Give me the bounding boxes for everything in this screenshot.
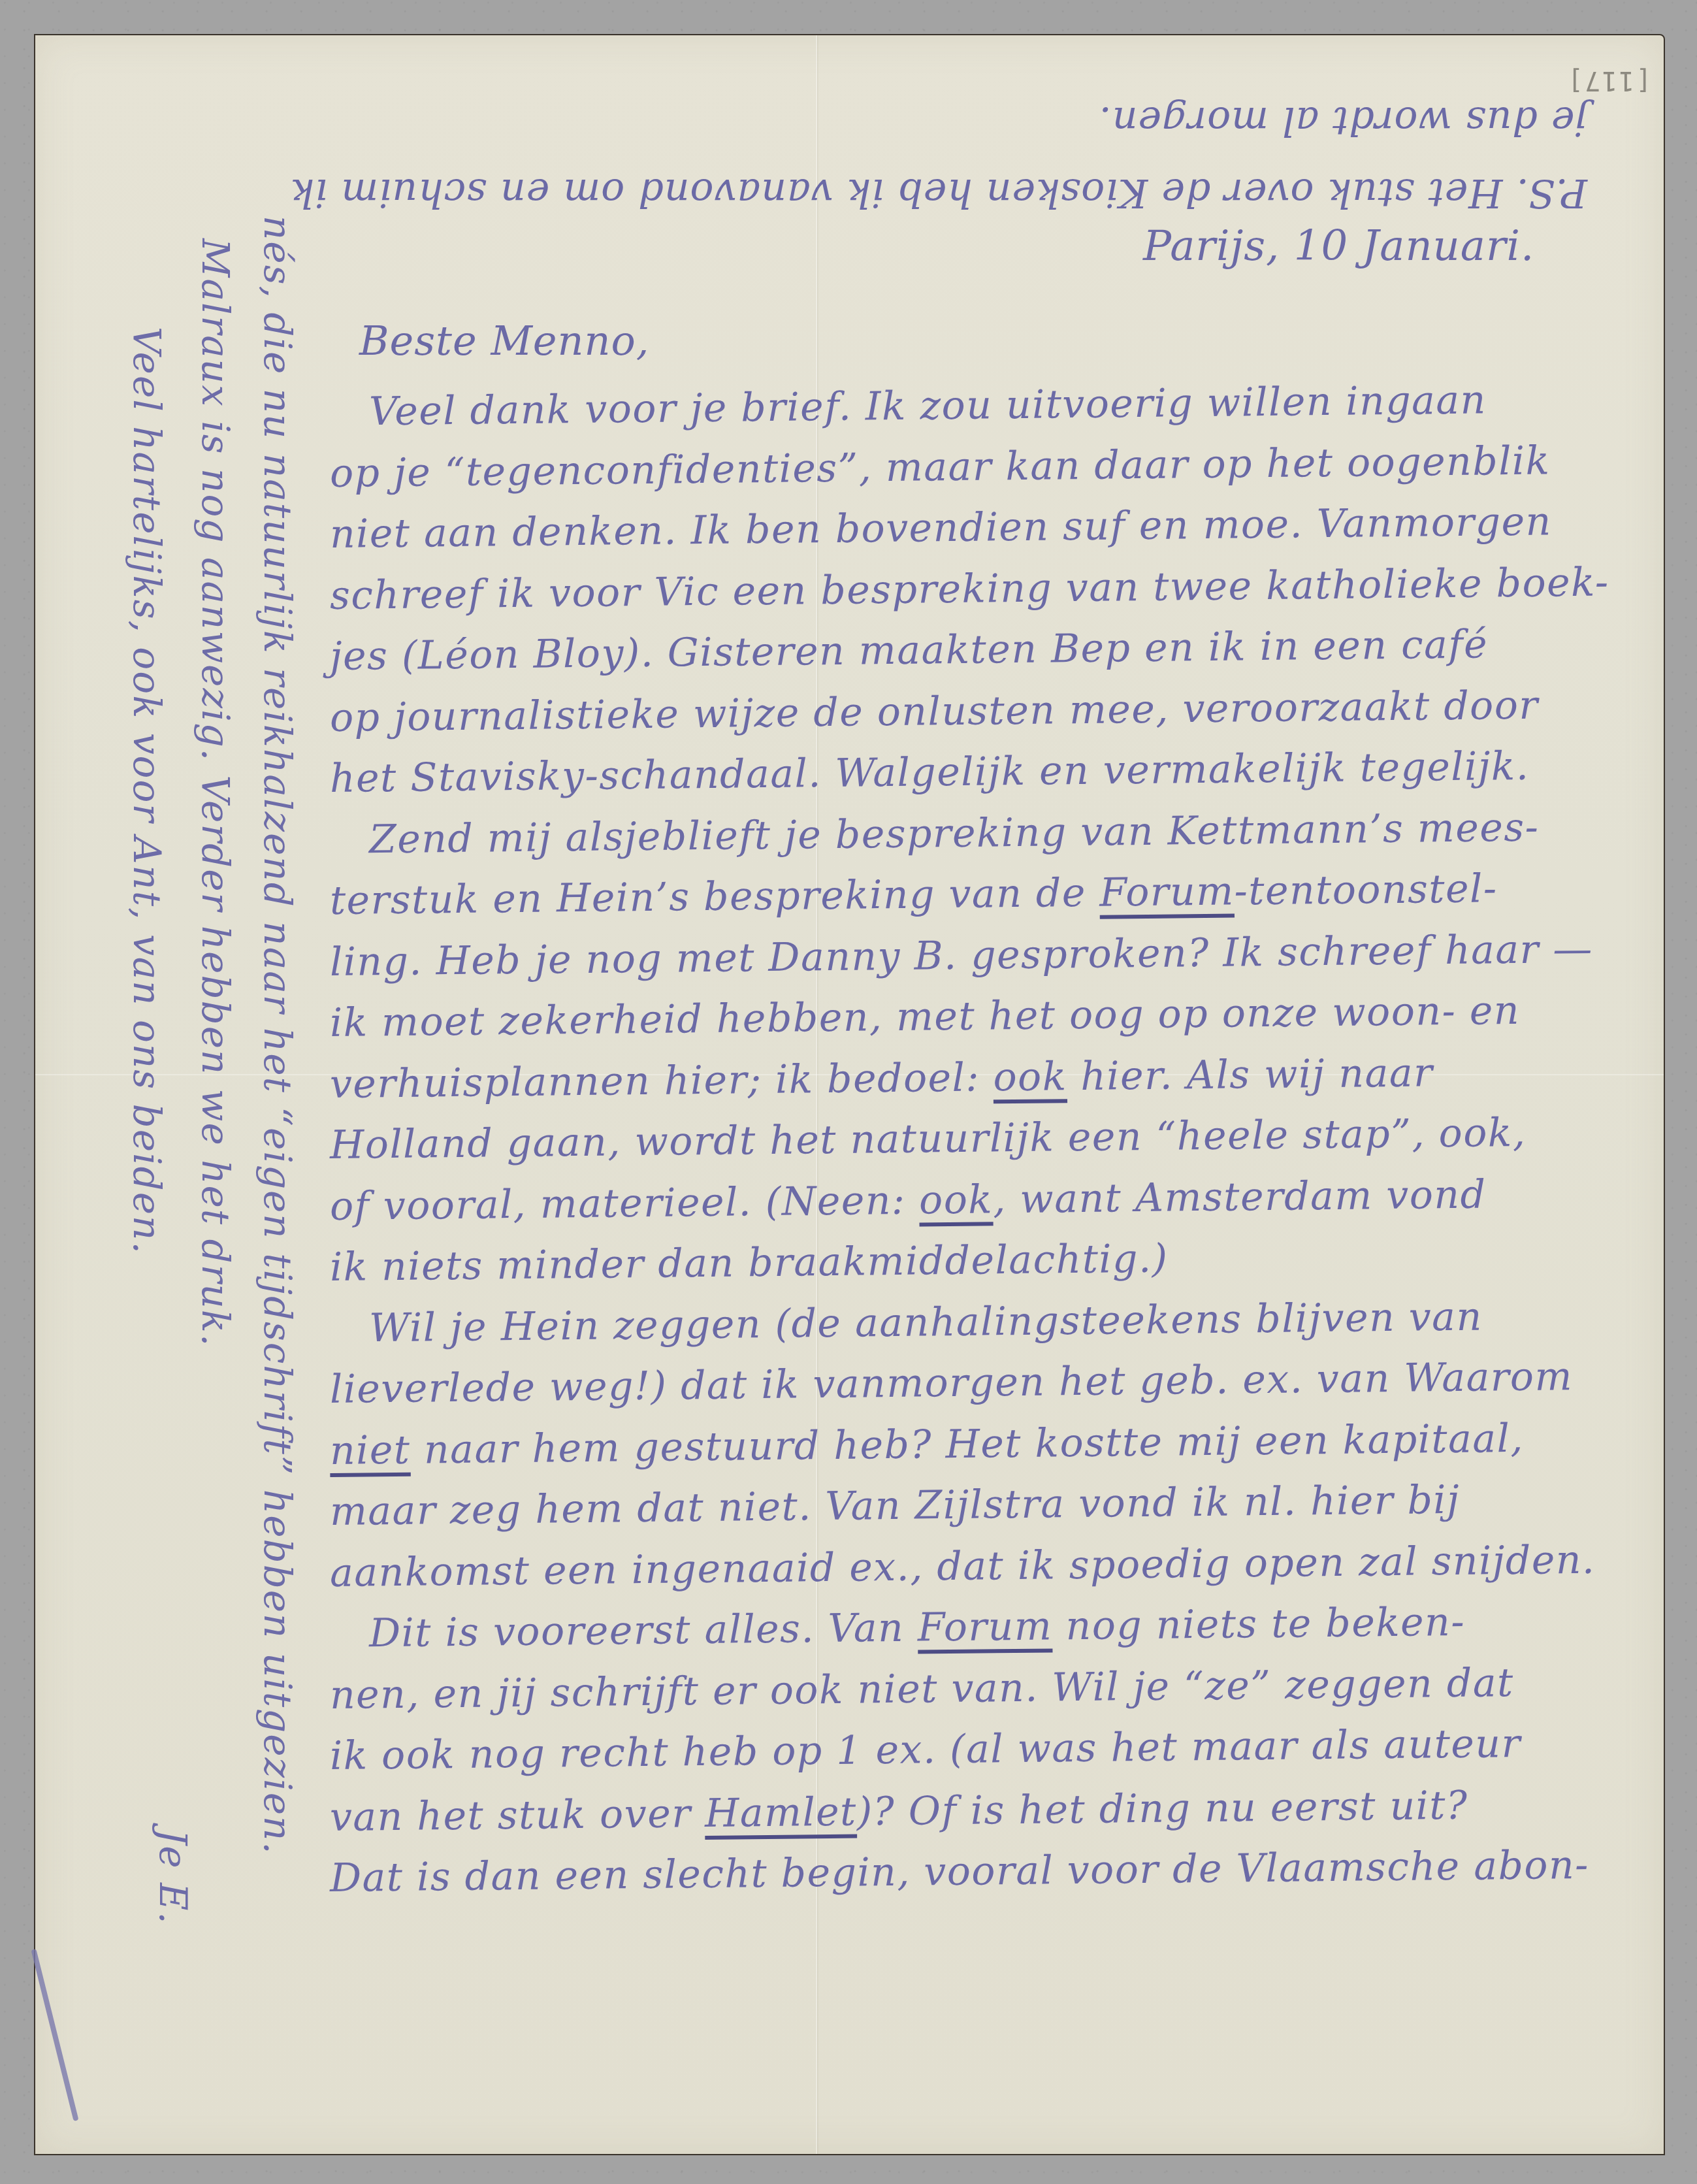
postscript-line-2: je dus wordt al morgen. (1099, 98, 1587, 144)
body-line-text: Wil je Hein zeggen (de aanhalingsteekens… (369, 1294, 1483, 1351)
underlined-word: Hamlet (705, 1789, 858, 1836)
postscript-upside-down: P.S. Het stuk over de Kiosken heb ik van… (72, 72, 1587, 222)
body-line-text: Zend mij alsjeblieft je bespreking van K… (369, 804, 1540, 862)
body-line-text: -tentoonstel- (1234, 866, 1498, 914)
body-line-text: het Stavisky-schandaal. Walgelijk en ver… (330, 743, 1530, 802)
underlined-word: Forum (918, 1603, 1053, 1650)
underlined-word: niet (330, 1427, 411, 1473)
margin-line-3: Veel hartelijks, ook voor Ant, van ons b… (124, 327, 170, 1255)
body-line-text: Dit is vooreerst alles. Van (369, 1605, 918, 1657)
body-line-text: terstuk en Hein’s bespreking van de (330, 870, 1100, 924)
margin-line-2: Malraux is nog aanwezig. Verder hebben w… (193, 238, 238, 1347)
body-line-text: Veel dank voor je brief. Ik zou uitvoeri… (369, 377, 1487, 434)
underlined-word: ook (919, 1177, 994, 1223)
margin-postscript-vertical: nés, die nu natuurlijk reikhalzend naar … (39, 209, 300, 2104)
letter-body: Veel dank voor je brief. Ik zou uitvoeri… (330, 382, 1656, 1910)
underlined-word: Forum (1099, 869, 1235, 916)
body-line-text: niet aan denken. Ik ben bovendien suf en… (330, 498, 1552, 557)
body-line-text: of vooral, materieel. (Neen: (330, 1177, 920, 1229)
body-line-text: ik moet zekerheid hebben, met het oog op… (330, 988, 1521, 1046)
body-line-text: , want Amsterdam vond (993, 1171, 1487, 1222)
body-line-text: naar hem gestuurd heb? Het kostte mij ee… (410, 1415, 1524, 1473)
body-line-text: Holland gaan, wordt het natuurlijk een “… (330, 1110, 1527, 1168)
body-line-text: op je “tegenconfidenties”, maar kan daar… (330, 438, 1551, 497)
body-line-text: ling. Heb je nog met Danny B. gesproken?… (330, 926, 1594, 985)
body-line-text: jes (Léon Bloy). Gisteren maakten Bep en… (330, 621, 1489, 679)
body-line-text: aankomst een ingenaaid ex., dat ik spoed… (330, 1537, 1596, 1595)
margin-line-1: nés, die nu natuurlijk reikhalzend naar … (255, 216, 300, 1855)
body-line-text: lieverlede weg!) dat ik vanmorgen het ge… (330, 1354, 1574, 1412)
body-line-text: nog niets te beken- (1052, 1599, 1466, 1650)
underlined-word: ook (993, 1054, 1067, 1100)
postscript-line-1: P.S. Het stuk over de Kiosken heb ik van… (290, 170, 1587, 216)
body-line-text: ik ook nog recht heb op 1 ex. (al was he… (330, 1721, 1521, 1779)
body-line-text: van het stuk over (330, 1790, 705, 1840)
dateline: Parijs, 10 Januari. (1143, 222, 1534, 270)
signature: Je E. (150, 1829, 196, 1925)
body-line-text: )? Of is het ding nu eerst uit? (856, 1782, 1468, 1834)
body-line-text: Dat is dan een slecht begin, vooral voor… (330, 1842, 1590, 1901)
body-line-text: maar zeg hem dat niet. Van Zijlstra vond… (330, 1477, 1461, 1535)
body-line-text: ik niets minder dan braakmiddelachtig.) (330, 1236, 1169, 1290)
body-line-text: verhuisplannen hier; ik bedoel: (330, 1054, 994, 1107)
body-line-text: op journalistieke wijze de onlusten mee,… (330, 682, 1539, 740)
body-line-text: schreef ik voor Vic een bespreking van t… (330, 559, 1609, 619)
salutation: Beste Menno, (359, 317, 649, 365)
body-line-text: nen, en jij schrijft er ook niet van. Wi… (330, 1660, 1514, 1718)
body-line-text: hier. Als wij naar (1067, 1050, 1433, 1100)
body-line: Dat is dan een slecht begin, vooral voor… (330, 1834, 1657, 1910)
